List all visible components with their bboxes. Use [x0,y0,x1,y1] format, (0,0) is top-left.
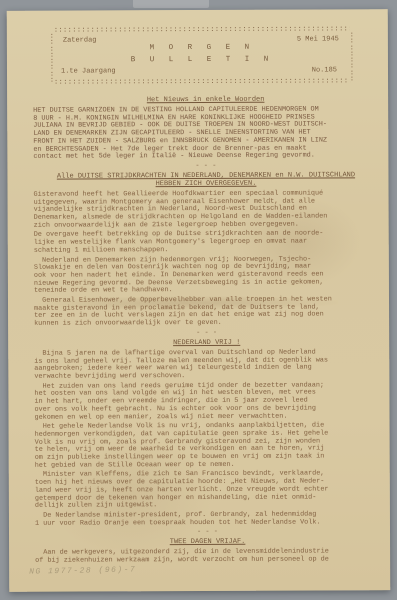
masthead-issue-number: No.185 [312,66,337,74]
bulletin-title-line1: M O R G E N [51,43,353,52]
masthead-border-top: ::::::::::::::::::::::::::::::::::::::::… [54,26,350,34]
paragraph: Het zuiden van ons land reeds geruime ti… [34,382,379,422]
photo-backdrop: ::::::::::::::::::::::::::::::::::::::::… [0,0,397,600]
paragraph: Bijna 5 jaren na de lafhartige overval v… [34,349,379,381]
bulletin-body: Het Nieuws in enkele Woorden HET DUITSE … [33,93,380,567]
bulletin-title-line2: B U L L E T I N [51,55,353,64]
section-heading-surrender: Alle DUITSE STRIJDKRACHTEN IN NEDERLAND,… [33,171,378,189]
separator: - - - [34,329,379,338]
masthead-border-bottom: ::::::::::::::::::::::::::::::::::::::::… [54,78,350,86]
paragraph: De Nederlandse minister-president, prof.… [35,511,380,528]
inventory-mark: NG 1977-28 (96)-7 [29,565,136,576]
masthead-day: Zaterdag [63,36,97,44]
paragraph: De overgave heeft betrekking op de Duits… [34,231,379,256]
paragraph: Gisteravond heeft het Geallieerde Hoofdk… [34,190,379,230]
photo-edge-artifact [133,0,209,8]
section-heading-news-in-brief: Het Nieuws in enkele Woorden [33,95,378,105]
masthead: ::::::::::::::::::::::::::::::::::::::::… [51,27,353,86]
section-heading-twee-dagen-vrijaf: TWEE DAGEN VRIJAF. [35,538,380,548]
paragraph: Minister van Kleffens, die zich te San F… [35,471,380,511]
paragraph: Het gehele Nederlandse Volk is nu vrij, … [35,422,380,470]
separator: - - - [33,162,378,171]
masthead-volume: 1.te Jaargang [61,67,116,75]
masthead-date: 5 Mei 1945 [297,35,339,43]
separator: - - - [35,529,380,538]
paragraph: Aan de werkgevers, uitgezonderd zij, die… [35,549,380,566]
paragraph: Nederland en Denemarken zijn hedenmorgen… [34,256,379,296]
paragraph: HET DUITSE GARNIZOEN IN DE VESTING HOLLA… [33,106,378,161]
section-heading-nederland-vrij: NEDERLAND VRIJ ! [34,338,379,348]
document-page: ::::::::::::::::::::::::::::::::::::::::… [7,9,391,592]
paragraph: Generaal Eisenhower, de Opperbevelhebber… [34,296,379,328]
